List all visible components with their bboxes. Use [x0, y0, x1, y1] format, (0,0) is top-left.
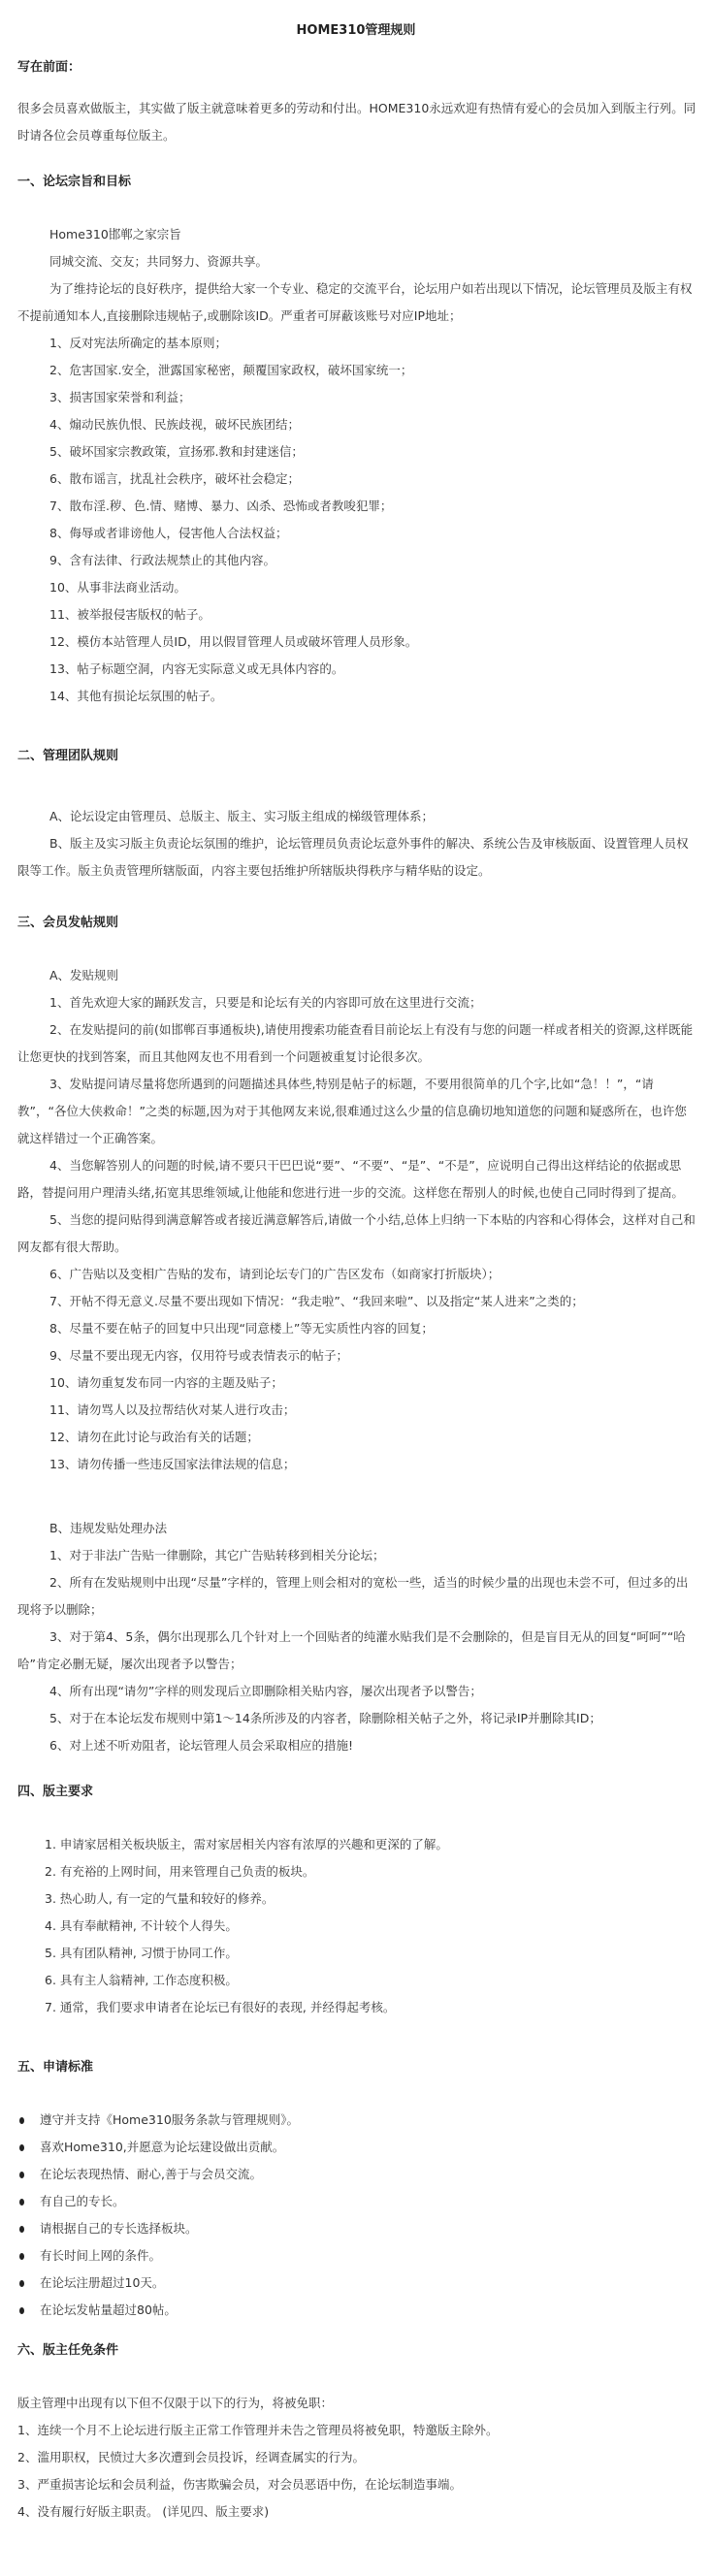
- section5-bullet-list: 遵守并支持《Home310服务条款与管理规则》。 喜欢Home310,并愿意为论…: [0, 2107, 712, 2324]
- section2-heading: 二、管理团队规则: [0, 747, 712, 766]
- section1-line: Home310邯郸之家宗旨: [0, 221, 712, 248]
- bullet-item: 有长时间上网的条件。: [17, 2242, 712, 2270]
- section3-partb-list: 1、对于非法广告贴一律删除，其它广告贴转移到相关分论坛； 2、所有在发贴规则中出…: [0, 1542, 712, 1759]
- list-item: 5. 具有团队精神, 习惯于协同工作。: [0, 1940, 712, 1967]
- list-item: 6. 具有主人翁精神, 工作态度积极。: [0, 1967, 712, 1994]
- list-item: 1、反对宪法所确定的基本原则；: [0, 330, 712, 357]
- list-item: 1、连续一个月不上论坛进行版主正常工作管理并未告之管理员将被免职，特邀版主除外。: [0, 2417, 712, 2444]
- preface-heading: 写在前面：: [0, 58, 712, 78]
- bullet-item: 有自己的专长。: [17, 2188, 712, 2215]
- list-item: 7. 通常，我们要求申请者在论坛已有很好的表现, 并经得起考核。: [0, 1994, 712, 2021]
- list-item: 13、帖子标题空洞，内容无实际意义或无具体内容的。: [0, 656, 712, 683]
- section1-heading: 一、论坛宗旨和目标: [0, 173, 712, 192]
- list-item: 6、散布谣言，扰乱社会秩序，破坏社会稳定；: [0, 466, 712, 493]
- section1-list: 1、反对宪法所确定的基本原则； 2、危害国家.安全，泄露国家秘密，颠覆国家政权，…: [0, 330, 712, 710]
- bullet-item: 请根据自己的专长选择板块。: [17, 2215, 712, 2242]
- list-item: 10、请勿重复发布同一内容的主题及贴子；: [0, 1369, 712, 1397]
- section2-b: B、版主及实习版主负责论坛氛围的维护，论坛管理员负责论坛意外事件的解决、系统公告…: [0, 830, 712, 885]
- bullet-item: 在论坛注册超过10天。: [17, 2270, 712, 2297]
- list-item: 1、对于非法广告贴一律删除，其它广告贴转移到相关分论坛；: [0, 1542, 712, 1569]
- section3-parta-list: 1、首先欢迎大家的踊跃发言，只要是和论坛有关的内容即可放在这里进行交流； 2、在…: [0, 989, 712, 1478]
- list-item: 3、严重损害论坛和会员利益，伤害欺骗会员，对会员恶语中伤，在论坛制造事端。: [0, 2471, 712, 2498]
- list-item: 9、尽量不要出现无内容，仅用符号或表情表示的帖子；: [0, 1342, 712, 1369]
- list-item: 4、没有履行好版主职责。 (详见四、版主要求): [0, 2498, 712, 2526]
- section1-intro: 为了维持论坛的良好秩序，提供给大家一个专业、稳定的交流平台，论坛用户如若出现以下…: [0, 275, 712, 330]
- section4-heading: 四、版主要求: [0, 1783, 712, 1802]
- section6-intro: 版主管理中出现有以下但不仅限于以下的行为，将被免职：: [0, 2390, 712, 2417]
- section6-heading: 六、版主任免条件: [0, 2341, 712, 2361]
- list-item: 4、所有出现“请勿”字样的则发现后立即删除相关贴内容，屡次出现者予以警告；: [0, 1678, 712, 1705]
- list-item: 12、请勿在此讨论与政治有关的话题；: [0, 1424, 712, 1451]
- bullet-item: 在论坛发帖量超过80帖。: [17, 2297, 712, 2324]
- list-item: 9、含有法律、行政法规禁止的其他内容。: [0, 547, 712, 574]
- section3-heading: 三、会员发帖规则: [0, 914, 712, 933]
- page-title: HOME310管理规则: [0, 0, 712, 41]
- section3-parta-title: A、发贴规则: [0, 962, 712, 989]
- list-item: 5、对于在本论坛发布规则中第1～14条所涉及的内容者，除删除相关帖子之外，将记录…: [0, 1705, 712, 1732]
- list-item: 10、从事非法商业活动。: [0, 574, 712, 601]
- list-item: 3. 热心助人, 有一定的气量和较好的修养。: [0, 1885, 712, 1913]
- list-item: 2、所有在发贴规则中出现“尽量”字样的，管理上则会相对的宽松一些，适当的时候少量…: [0, 1569, 712, 1624]
- list-item: 1. 申请家居相关板块版主，需对家居相关内容有浓厚的兴趣和更深的了解。: [0, 1831, 712, 1858]
- section5-heading: 五、申请标准: [0, 2058, 712, 2077]
- section2-a: A、论坛设定由管理员、总版主、版主、实习版主组成的梯级管理体系；: [0, 803, 712, 830]
- list-item: 12、模仿本站管理人员ID，用以假冒管理人员或破坏管理人员形象。: [0, 628, 712, 656]
- bullet-item: 在论坛表现热情、耐心,善于与会员交流。: [17, 2161, 712, 2188]
- section1-line: 同城交流、交友；共同努力、资源共享。: [0, 248, 712, 275]
- section6-list: 1、连续一个月不上论坛进行版主正常工作管理并未告之管理员将被免职，特邀版主除外。…: [0, 2417, 712, 2526]
- bullet-item: 喜欢Home310,并愿意为论坛建设做出贡献。: [17, 2134, 712, 2161]
- preface-text: 很多会员喜欢做版主，其实做了版主就意味着更多的劳动和付出。HOME310永远欢迎…: [0, 95, 712, 149]
- list-item: 3、对于第4、5条，偶尔出现那么几个针对上一个回贴者的纯灌水贴我们是不会删除的，…: [0, 1624, 712, 1678]
- list-item: 3、损害国家荣誉和利益；: [0, 384, 712, 411]
- list-item: 11、请勿骂人以及拉帮结伙对某人进行攻击；: [0, 1397, 712, 1424]
- list-item: 8、尽量不要在帖子的回复中只出现“同意楼上”等无实质性内容的回复；: [0, 1315, 712, 1342]
- list-item: 6、对上述不听劝阻者，论坛管理人员会采取相应的措施!: [0, 1732, 712, 1759]
- document-page: HOME310管理规则 写在前面： 很多会员喜欢做版主，其实做了版主就意味着更多…: [0, 0, 712, 2545]
- list-item: 3、发贴提问请尽量将您所遇到的问题描述具体些,特别是帖子的标题，不要用很简单的几…: [0, 1071, 712, 1152]
- section4-list: 1. 申请家居相关板块版主，需对家居相关内容有浓厚的兴趣和更深的了解。 2. 有…: [0, 1831, 712, 2021]
- list-item: 4. 具有奉献精神, 不计较个人得失。: [0, 1913, 712, 1940]
- list-item: 4、煽动民族仇恨、民族歧视，破坏民族团结；: [0, 411, 712, 438]
- list-item: 5、当您的提问贴得到满意解答或者接近满意解答后,请做一个小结,总体上归纳一下本贴…: [0, 1207, 712, 1261]
- list-item: 1、首先欢迎大家的踊跃发言，只要是和论坛有关的内容即可放在这里进行交流；: [0, 989, 712, 1016]
- list-item: 2、危害国家.安全，泄露国家秘密，颠覆国家政权，破坏国家统一；: [0, 357, 712, 384]
- list-item: 6、广告贴以及变相广告贴的发布，请到论坛专门的广告区发布（如商家打折版块）；: [0, 1261, 712, 1288]
- list-item: 13、请勿传播一些违反国家法律法规的信息；: [0, 1451, 712, 1478]
- list-item: 4、当您解答别人的问题的时候,请不要只干巴巴说“要”、“不要”、“是”、“不是”…: [0, 1152, 712, 1207]
- list-item: 8、侮辱或者诽谤他人，侵害他人合法权益；: [0, 520, 712, 547]
- list-item: 11、被举报侵害版权的帖子。: [0, 601, 712, 628]
- list-item: 2、在发贴提问的前(如邯郸百事通板块),请使用搜索功能查看目前论坛上有没有与您的…: [0, 1016, 712, 1071]
- list-item: 7、散布淫.秽、色.情、赌博、暴力、凶杀、恐怖或者教唆犯罪；: [0, 493, 712, 520]
- list-item: 14、其他有损论坛氛围的帖子。: [0, 683, 712, 710]
- section3-partb-title: B、违规发贴处理办法: [0, 1515, 712, 1542]
- list-item: 5、破坏国家宗教政策，宣扬邪.教和封建迷信；: [0, 438, 712, 466]
- list-item: 2. 有充裕的上网时间，用来管理自己负责的板块。: [0, 1858, 712, 1885]
- list-item: 2、滥用职权，民愤过大多次遭到会员投诉，经调查属实的行为。: [0, 2444, 712, 2471]
- list-item: 7、开帖不得无意义.尽量不要出现如下情况：“我走啦”、“我回来啦”、以及指定“某…: [0, 1288, 712, 1315]
- bullet-item: 遵守并支持《Home310服务条款与管理规则》。: [17, 2107, 712, 2134]
